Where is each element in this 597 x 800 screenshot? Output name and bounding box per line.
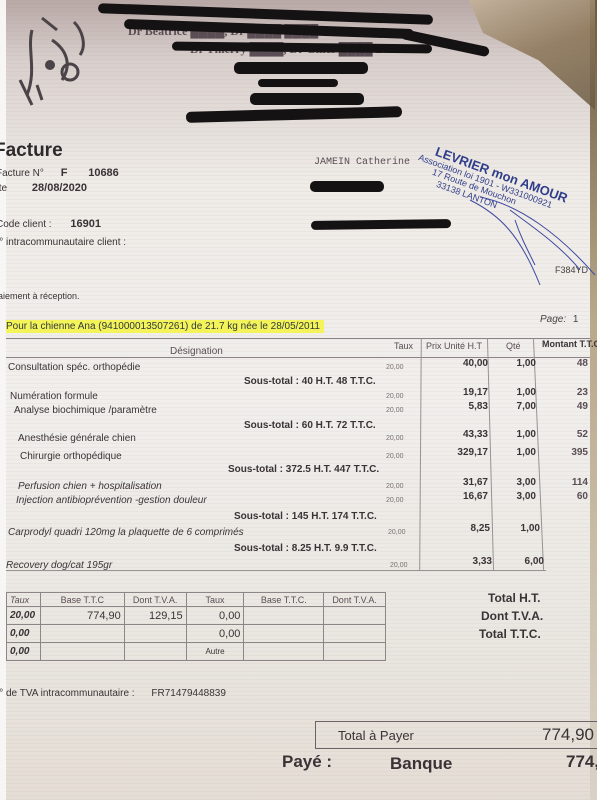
- line-item-taux: 20,00: [386, 497, 404, 504]
- patient-note: Pour la chienne Ana (941000013507261) de…: [6, 320, 324, 333]
- vat-summary-table: Taux Base T.T.C Dont T.V.A. Taux Base T.…: [6, 592, 386, 661]
- vat-summary-cell: 0,00: [186, 607, 244, 625]
- line-item-prix: 19,17: [463, 387, 488, 398]
- client-code-row: Code client : 16901: [0, 218, 101, 230]
- vat-number-row: N° de TVA intracommunautaire : FR7147944…: [6, 688, 226, 699]
- vat-summary-cell: [124, 625, 186, 643]
- line-item-montant: 395: [571, 447, 588, 458]
- total-ht-label: Total H.T.: [488, 591, 540, 605]
- line-item-montant: 49: [577, 401, 588, 412]
- signature-icon: [460, 195, 597, 305]
- line-item-prix: 43,33: [463, 429, 488, 440]
- vat-summary-cell: 129,15: [124, 607, 186, 625]
- invoice-date-row: Date 28/08/2020: [0, 182, 87, 194]
- subtotal-row: Sous-total : 60 H.T. 72 T.T.C.: [244, 420, 376, 431]
- redacted-client-city: [311, 219, 451, 230]
- line-item-taux: 20,00: [386, 393, 404, 400]
- line-item-montant: 48: [577, 358, 588, 369]
- col-prix: Prix Unité H.T: [426, 341, 482, 351]
- vat-summary-cell: 20,00: [7, 607, 41, 625]
- vat-number-label: N° de TVA intracommunautaire :: [0, 688, 135, 699]
- line-items-header: Désignation Taux Prix Unité H.T Qté Mont…: [6, 338, 590, 358]
- paid-amount: 774,90: [566, 752, 597, 772]
- vat-summary-header: Taux Base T.T.C Dont T.V.A. Taux Base T.…: [7, 593, 386, 607]
- vat-summary-row: 20,00774,90129,150,00: [7, 607, 386, 625]
- total-to-pay-value: 774,90: [542, 725, 594, 745]
- line-item-designation: Chirurgie orthopédique: [20, 451, 122, 462]
- page-label: Page:: [540, 314, 566, 325]
- invoice-title: Facture: [0, 140, 63, 162]
- vat-summary-cell: [244, 607, 324, 625]
- line-item-montant: 114: [572, 477, 588, 488]
- page-edge: [0, 0, 6, 800]
- col-montant: Montant T.T.C.: [542, 339, 597, 349]
- invoice-document: Dr Béatrice ████, Dr ████ ████ Dr Thierr…: [0, 0, 590, 800]
- invoice-date-label: Date: [0, 183, 7, 194]
- line-item-taux: 20,00: [386, 435, 404, 442]
- vat-summary-cell: 0,00: [7, 625, 41, 643]
- vat-summary-cell: 0,00: [186, 625, 244, 643]
- line-item-designation: Injection antibioprévention -gestion dou…: [16, 495, 207, 506]
- line-item-designation: Analyse biochimique /paramètre: [14, 405, 157, 416]
- dont-tva-label: Dont T.V.A.: [481, 609, 543, 623]
- vat-summary-cell: 0,00: [7, 643, 41, 661]
- vat-summary-cell: [244, 643, 324, 661]
- line-item-taux: 20,00: [388, 529, 406, 536]
- invoice-number: 10686: [88, 167, 119, 179]
- vat-col-taux-2: Taux: [186, 593, 244, 607]
- vat-summary-cell: [324, 643, 386, 661]
- line-item-taux: 20,00: [386, 483, 404, 490]
- vat-col-tva: Dont T.V.A.: [124, 593, 186, 607]
- line-item-qte: 1,00: [517, 387, 536, 398]
- line-item-montant: 52: [577, 429, 588, 440]
- total-to-pay-label: Total à Payer: [338, 728, 414, 743]
- paid-label: Payé :: [282, 752, 332, 772]
- line-item-designation: Perfusion chien + hospitalisation: [18, 481, 162, 492]
- line-item-prix: 5,83: [469, 401, 488, 412]
- line-item-taux: 20,00: [386, 453, 404, 460]
- line-item-qte: 3,00: [517, 491, 536, 502]
- vat-summary-cell: [124, 643, 186, 661]
- subtotal-row: Sous-total : 145 H.T. 174 T.T.C.: [234, 511, 377, 522]
- redacted-address: [234, 62, 368, 74]
- vat-number: FR71479448839: [151, 688, 226, 699]
- line-item-designation: Anesthésie générale chien: [18, 433, 136, 444]
- line-item-designation: Numération formule: [10, 391, 98, 402]
- invoice-number-prefix: F: [61, 167, 68, 179]
- vat-summary-cell: [40, 625, 124, 643]
- total-to-pay-box: Total à Payer 774,90: [315, 721, 597, 749]
- vat-col-tva-2: Dont T.V.A.: [324, 593, 386, 607]
- invoice-date: 28/08/2020: [32, 182, 87, 194]
- line-item-qte: 1,00: [521, 523, 540, 534]
- paid-method: Banque: [390, 754, 452, 774]
- page-value: 1: [573, 314, 579, 325]
- line-item-prix: 31,67: [463, 477, 488, 488]
- total-ttc-label: Total T.T.C.: [479, 627, 541, 641]
- vat-summary-cell: [40, 643, 124, 661]
- vat-summary-row: 0,00Autre: [7, 643, 386, 661]
- vat-col-base: Base T.T.C: [40, 593, 124, 607]
- line-item-prix: 329,17: [457, 447, 488, 458]
- reference-code: F384YD: [555, 265, 588, 275]
- vat-col-base-2: Base T.T.C.: [244, 593, 324, 607]
- vat-summary-cell: 774,90: [40, 607, 124, 625]
- line-item-prix: 3,33: [473, 556, 492, 567]
- line-item-qte: 6,00: [525, 556, 544, 567]
- redacted-phone: [250, 93, 364, 105]
- subtotal-row: Sous-total : 372.5 H.T. 447 T.T.C.: [228, 464, 379, 475]
- line-item-prix: 16,67: [463, 491, 488, 502]
- redacted-email: [186, 106, 402, 123]
- line-item-prix: 8,25: [471, 523, 490, 534]
- redacted-client-address: [310, 181, 384, 192]
- client-name: JAMEIN Catherine: [314, 157, 410, 168]
- line-item-taux: 20,00: [386, 407, 404, 414]
- background-corner: [455, 0, 595, 110]
- vat-summary-row: 0,000,00: [7, 625, 386, 643]
- line-item-montant: 60: [577, 491, 588, 502]
- payment-terms: Paiement à réception.: [0, 291, 80, 301]
- line-item-designation: Carprodyl quadri 120mg la plaquette de 6…: [8, 527, 244, 538]
- invoice-number-label: Facture N°: [0, 168, 44, 179]
- vat-summary-cell: [244, 625, 324, 643]
- invoice-number-row: Facture N° F 10686: [0, 167, 119, 179]
- clinic-logo-icon: [12, 10, 102, 110]
- col-taux: Taux: [394, 341, 413, 351]
- redacted-address: [258, 79, 338, 87]
- column-divider: [487, 338, 494, 570]
- subtotal-row: Sous-total : 8.25 H.T. 9.9 T.T.C.: [234, 543, 377, 554]
- col-designation: Désignation: [170, 346, 223, 357]
- vat-summary-cell: Autre: [186, 643, 244, 661]
- line-item-designation: Consultation spéc. orthopédie: [8, 362, 140, 373]
- line-item-designation: Recovery dog/cat 195gr: [6, 560, 112, 571]
- col-qte: Qté: [506, 341, 521, 351]
- client-vat-label: N° intracommunautaire client :: [0, 237, 126, 248]
- line-item-qte: 1,00: [517, 358, 536, 369]
- page-number: Page: 1: [540, 314, 578, 325]
- line-item-prix: 40,00: [463, 358, 488, 369]
- column-divider: [419, 338, 422, 570]
- line-item-qte: 1,00: [517, 447, 536, 458]
- line-item-taux: 20,00: [386, 364, 404, 371]
- line-item-taux: 20,00: [390, 562, 408, 569]
- line-item-qte: 7,00: [517, 401, 536, 412]
- vat-col-taux: Taux: [7, 593, 41, 607]
- client-code-label: Code client :: [0, 219, 52, 230]
- vat-summary-cell: [324, 625, 386, 643]
- client-code: 16901: [70, 218, 101, 230]
- line-item-qte: 3,00: [517, 477, 536, 488]
- line-item-montant: 23: [577, 387, 588, 398]
- subtotal-row: Sous-total : 40 H.T. 48 T.T.C.: [244, 376, 376, 387]
- line-item-qte: 1,00: [517, 429, 536, 440]
- vat-summary-cell: [324, 607, 386, 625]
